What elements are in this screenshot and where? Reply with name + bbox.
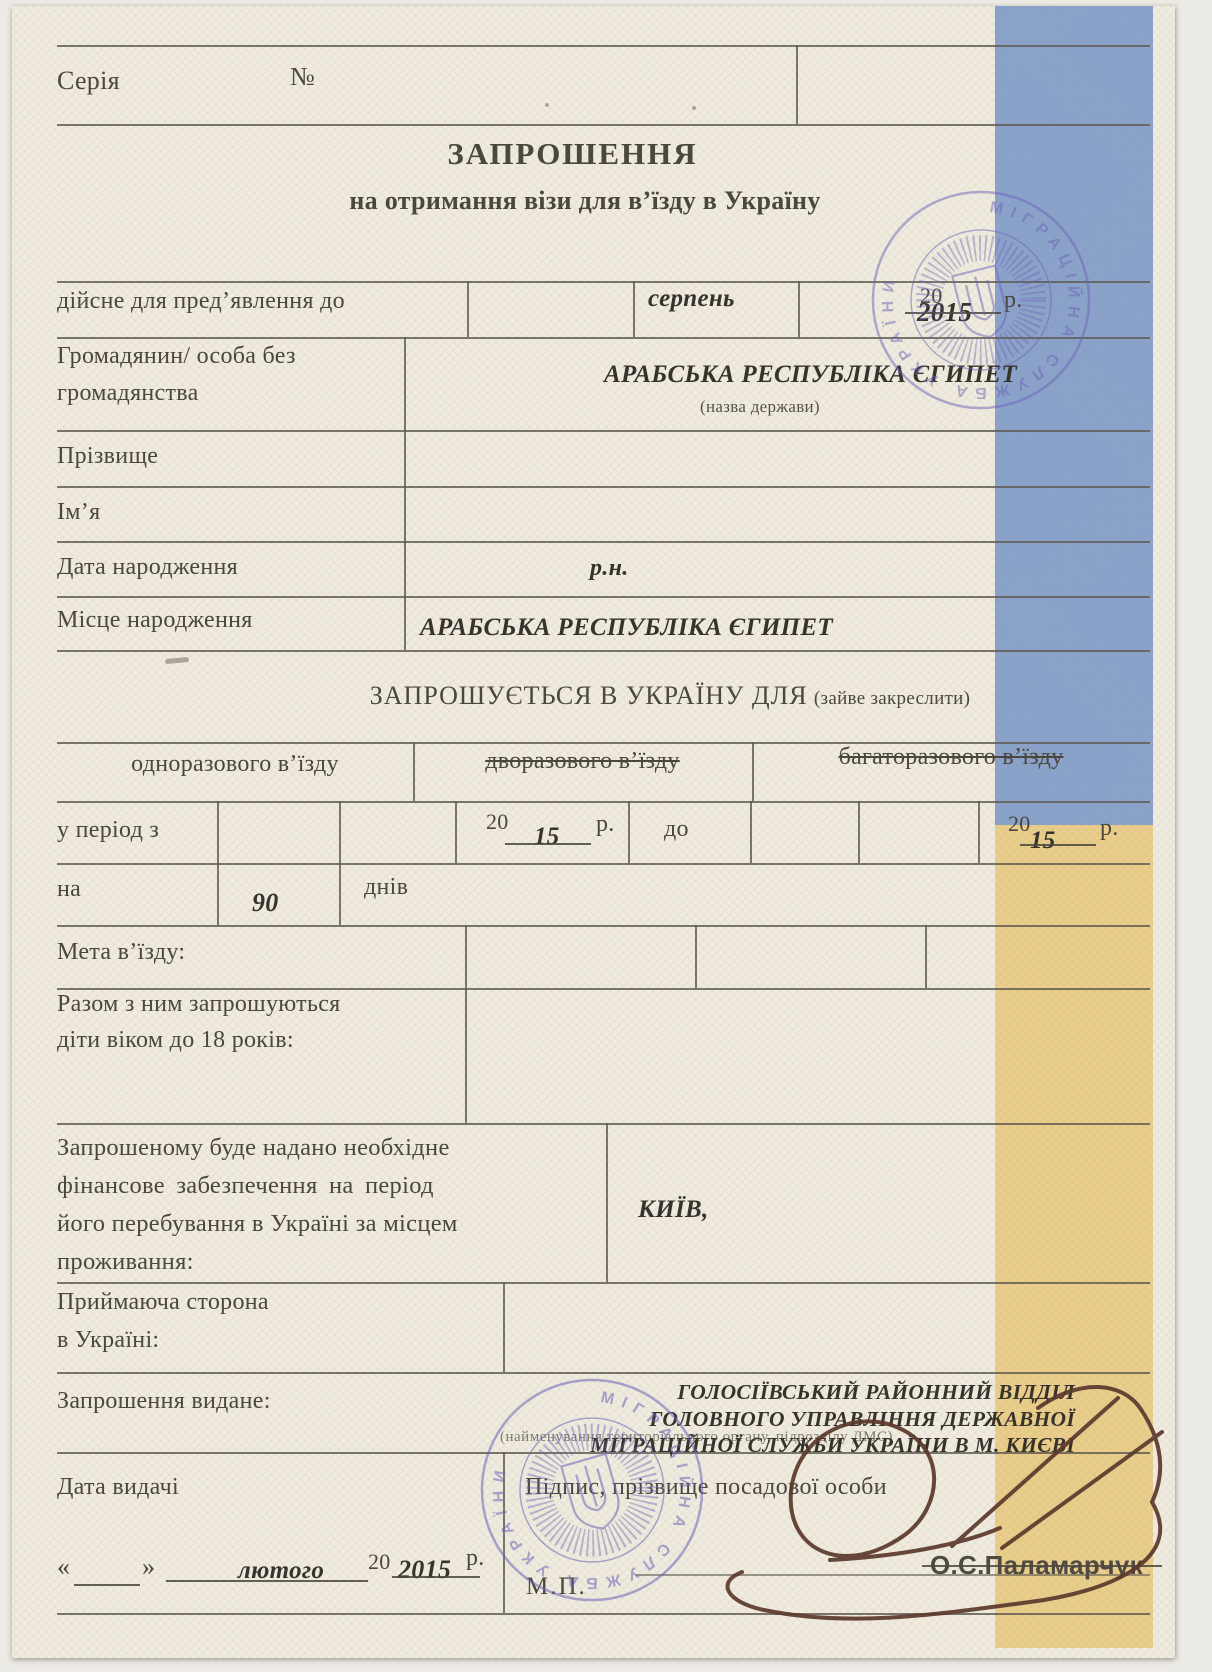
form-rule-horizontal	[57, 650, 1150, 652]
period-label: у період з	[57, 817, 159, 844]
citizenship-hint: (назва держави)	[700, 397, 820, 417]
seria-label: Серія	[57, 66, 120, 96]
date-year-prefix: 20	[368, 1549, 391, 1575]
valid-year-suffix: р.	[1004, 287, 1023, 314]
form-rule-horizontal	[57, 45, 1150, 47]
purpose-label: Мета в’їзду:	[57, 939, 185, 966]
citizenship-value: АРАБСЬКА РЕСПУБЛІКА ЄГИПЕТ	[604, 361, 1017, 389]
strike-mark	[905, 312, 1001, 314]
form-rule-horizontal	[57, 1282, 1150, 1284]
form-rule-horizontal	[57, 486, 1150, 488]
form-rule-horizontal	[57, 430, 1150, 432]
form-rule-horizontal	[57, 988, 1150, 990]
form-rule-horizontal	[57, 1613, 1150, 1615]
citizen-label-line1: Громадянин/ особа без	[57, 343, 296, 370]
date-quote-close: »	[142, 1552, 155, 1582]
period-year1-prefix: 20	[486, 809, 509, 835]
form-rule-vertical	[503, 1452, 505, 1613]
issued-by-value-line3: МІГРАЦІЙНОЇ СЛУЖБИ УКРАЇНИ В М. КИЄВІ	[450, 1432, 1075, 1459]
birthplace-label: Місце народження	[57, 607, 253, 634]
surname-label: Прізвище	[57, 443, 158, 470]
form-rule-horizontal	[57, 801, 1150, 803]
scan-speck	[545, 103, 549, 107]
form-rule-vertical	[796, 45, 798, 124]
form-rule-vertical	[217, 863, 219, 925]
valid-month-value: серпень	[648, 285, 735, 313]
birthdate-value: р.н.	[590, 555, 629, 582]
period-year2-suffix: р.	[1100, 815, 1119, 842]
period-year1-value: 15	[534, 823, 560, 851]
invited-heading-main: ЗАПРОШУЄТЬСЯ В УКРАЇНУ ДЛЯ	[370, 681, 808, 710]
period-to-label: до	[664, 816, 689, 843]
issue-date-label: Дата видачі	[57, 1474, 179, 1501]
form-rule-horizontal	[57, 541, 1150, 543]
duration-label: на	[57, 876, 81, 903]
invited-heading-hint: (зайве закреслити)	[814, 688, 970, 709]
birthdate-label: Дата народження	[57, 554, 238, 581]
host-label-line1: Приймаюча сторона	[57, 1289, 269, 1316]
form-rule-horizontal	[57, 281, 1150, 283]
financial-label-line3: його перебування в Україні за місцем	[57, 1210, 458, 1238]
entry-multiple-text: багаторазового в’їзду	[839, 744, 1064, 770]
entry-single-option: одноразового в’їзду	[57, 751, 413, 778]
duration-days-value: 90	[252, 888, 279, 918]
form-rule-vertical	[750, 801, 752, 863]
issued-by-value: ГОЛОСІЇВСЬКИЙ РАЙОННИЙ ВІДДІЛ ГОЛОВНОГО …	[450, 1379, 1075, 1459]
residence-city-value: КИЇВ,	[638, 1196, 709, 1224]
form-rule-vertical	[925, 925, 927, 988]
period-year2-value: 15	[1030, 827, 1056, 855]
form-rule-vertical	[628, 801, 630, 863]
invited-heading: ЗАПРОШУЄТЬСЯ В УКРАЇНУ ДЛЯ (зайве закрес…	[280, 681, 1060, 711]
period-year1-suffix: р.	[596, 811, 615, 838]
form-rule-vertical	[465, 988, 467, 1123]
date-quote-open: «	[57, 1552, 70, 1582]
form-rule-vertical	[606, 1123, 608, 1282]
signature-caption: Підпис, прізвище посадової особи	[525, 1474, 887, 1501]
date-year-suffix: р.	[466, 1545, 485, 1572]
form-subtitle: на отримання візи для в’їзду в Україну	[15, 186, 1155, 216]
entry-double-option-crossed: дворазового в’їзду	[413, 748, 752, 775]
scan-speck	[692, 106, 696, 110]
form-rule-vertical	[633, 281, 635, 337]
form-rule-horizontal	[57, 1372, 1150, 1374]
form-rule-horizontal	[57, 1123, 1150, 1125]
form-rule-vertical	[978, 801, 980, 863]
form-rule-horizontal	[57, 863, 1150, 865]
issued-by-value-line2: ГОЛОВНОГО УПРАВЛІННЯ ДЕРЖАВНОЇ	[450, 1406, 1075, 1433]
form-rule-vertical	[339, 801, 341, 863]
form-rule-vertical	[467, 281, 469, 337]
financial-label-line2: фінансове забезпечення на період	[57, 1172, 434, 1200]
strike-mark	[392, 1576, 480, 1578]
issued-by-label: Запрошення видане:	[57, 1388, 271, 1415]
form-rule-vertical	[695, 925, 697, 988]
form-rule-vertical	[339, 863, 341, 925]
scanned-invitation-form: Серія № ЗАПРОШЕННЯ на отримання візи для…	[0, 0, 1212, 1672]
number-label: №	[290, 62, 315, 92]
birthplace-value: АРАБСЬКА РЕСПУБЛІКА ЄГИПЕТ	[420, 614, 833, 642]
form-rule-vertical	[503, 1282, 505, 1372]
seal-place-label: М.П.	[526, 1573, 587, 1601]
form-rule-vertical	[465, 925, 467, 988]
citizen-label-line2: громадянства	[57, 380, 199, 407]
form-rule-horizontal	[57, 337, 1150, 339]
date-year-value: 2015	[398, 1555, 451, 1585]
children-label-line1: Разом з ним запрошуються	[57, 991, 341, 1018]
form-rule-vertical	[858, 801, 860, 863]
strike-mark	[505, 843, 591, 845]
duration-days-label: днів	[364, 874, 408, 901]
period-year2-prefix: 20	[1008, 811, 1031, 837]
strike-mark	[166, 1580, 368, 1582]
form-rule-vertical	[455, 801, 457, 863]
form-rule-horizontal	[57, 124, 1150, 126]
form-rule-horizontal	[57, 925, 1150, 927]
financial-label-line4: проживання:	[57, 1248, 194, 1276]
date-day-blank	[74, 1584, 140, 1586]
children-label-line2: діти віком до 18 років:	[57, 1027, 294, 1054]
issued-by-value-line1: ГОЛОСІЇВСЬКИЙ РАЙОННИЙ ВІДДІЛ	[450, 1379, 1075, 1406]
form-rule-horizontal	[57, 596, 1150, 598]
form-rule-vertical	[217, 801, 219, 863]
financial-label-line1: Запрошеному буде надано необхідне	[57, 1134, 450, 1162]
form-rule-vertical	[798, 281, 800, 337]
form-title: ЗАПРОШЕННЯ	[0, 136, 1145, 172]
form-rule-vertical	[404, 337, 406, 650]
entry-double-text: дворазового в’їзду	[485, 748, 679, 774]
host-label-line2: в Україні:	[57, 1327, 159, 1354]
valid-until-label: дійсне для пред’явлення до	[57, 288, 345, 315]
entry-multiple-option-crossed: багаторазового в’їзду	[752, 744, 1150, 771]
strike-mark	[922, 1565, 1162, 1567]
strike-mark	[1020, 844, 1096, 846]
flag-stripe-yellow	[995, 825, 1153, 1648]
firstname-label: Ім’я	[57, 499, 100, 526]
